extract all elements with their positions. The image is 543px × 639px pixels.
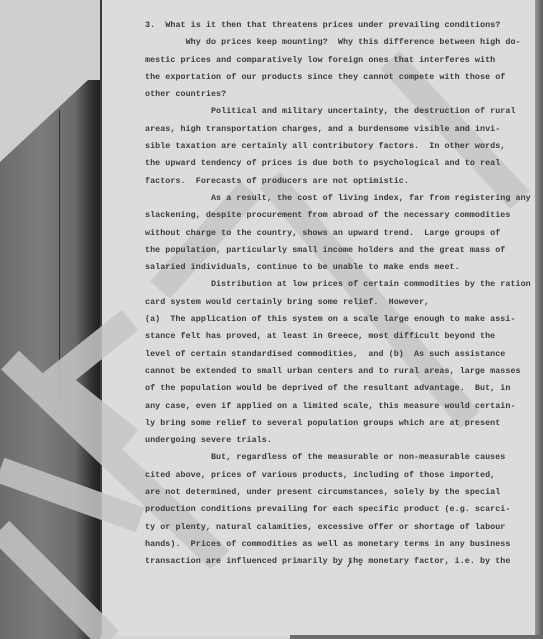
text-line: But, regardless of the measurable or non… [145,449,525,466]
continuation-marker: - / - [336,560,363,570]
text-line: level of certain standardised commoditie… [145,346,525,363]
text-line: 3. What is it then that threatens prices… [145,17,525,34]
text-line: any case, even if applied on a limited s… [145,398,525,415]
text-line: areas, high transportation charges, and … [145,121,525,138]
text-line: other countries? [145,86,525,103]
text-line: production conditions prevailing for eac… [145,501,525,518]
text-line: stance felt has proved, at least in Gree… [145,328,525,345]
binding-shadow [0,80,100,639]
text-line: of the population would be deprived of t… [145,380,525,397]
text-line: sible taxation are certainly all contrib… [145,138,525,155]
text-line: cited above, prices of various products,… [145,467,525,484]
text-line: transaction are influenced primarily by … [145,553,525,570]
text-line: cannot be extended to small urban center… [145,363,525,380]
text-line: the upward tendency of prices is due bot… [145,155,525,172]
text-line: hands). Prices of commodities as well as… [145,536,525,553]
text-line: salaried individuals, continue to be una… [145,259,525,276]
text-line: mestic prices and comparatively low fore… [145,52,525,69]
text-line: Political and military uncertainty, the … [145,103,525,120]
page-bottom-edge [290,635,543,639]
fold-line [59,110,60,400]
text-line: As a result, the cost of living index, f… [145,190,525,207]
text-line: without charge to the country, shows an … [145,225,525,242]
text-line: undergoing severe trials. [145,432,525,449]
text-line: the population, particularly small incom… [145,242,525,259]
text-line: Distribution at low prices of certain co… [145,276,525,293]
text-line: Why do prices keep mounting? Why this di… [145,34,525,51]
text-line: (a) The application of this system on a … [145,311,525,328]
text-line: are not determined, under present circum… [145,484,525,501]
text-line: ly bring some relief to several populati… [145,415,525,432]
text-line: ty or plenty, natural calamities, excess… [145,519,525,536]
page-right-edge [535,0,543,639]
text-line: the exportation of our products since th… [145,69,525,86]
text-line: card system would certainly bring some r… [145,294,525,311]
text-line: factors. Forecasts of producers are not … [145,173,525,190]
text-line: slackening, despite procurement from abr… [145,207,525,224]
